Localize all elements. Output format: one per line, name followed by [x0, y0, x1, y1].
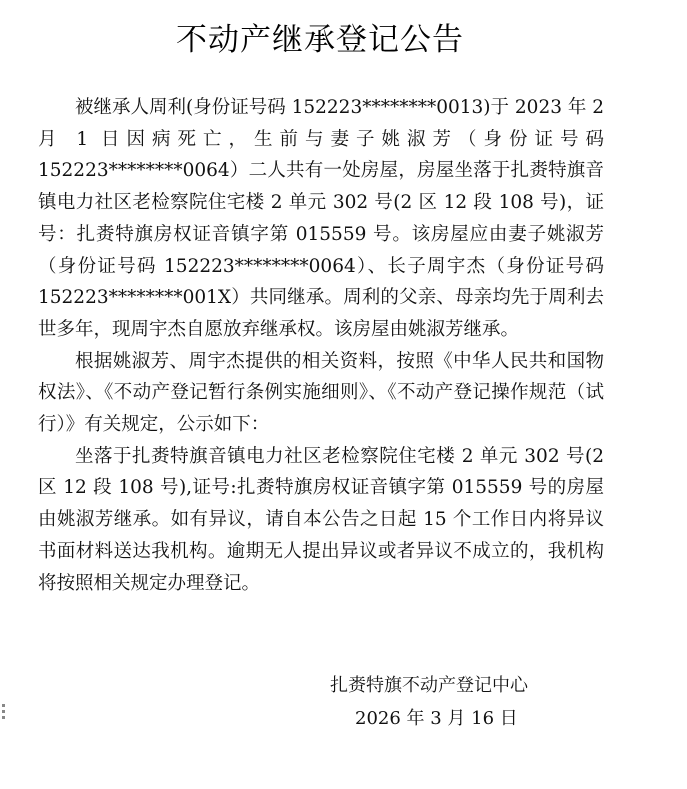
- paragraph-legal-basis: 根据姚淑芳、周宇杰提供的相关资料，按照《中华人民共和国物权法》、《不动产登记暂行…: [38, 346, 604, 441]
- document-body: 被继承人周利(身份证号码 152223********0013)于 2023 年…: [38, 92, 604, 599]
- paragraph-public-notice: 坐落于扎赉特旗音镇电力社区老检察院住宅楼 2 单元 302 号(2 区 12 段…: [38, 441, 604, 600]
- handle-dot: [2, 716, 5, 719]
- signature-organization: 扎赉特旗不动产登记中心: [330, 671, 687, 697]
- signature-date: 2026 年 3 月 16 日: [355, 704, 687, 730]
- handle-dot: [2, 710, 5, 713]
- handle-dot: [2, 704, 5, 707]
- document-title: 不动产继承登记公告: [0, 14, 640, 59]
- drag-handle-icon[interactable]: [2, 704, 6, 722]
- paragraph-inheritance-facts: 被继承人周利(身份证号码 152223********0013)于 2023 年…: [38, 92, 604, 346]
